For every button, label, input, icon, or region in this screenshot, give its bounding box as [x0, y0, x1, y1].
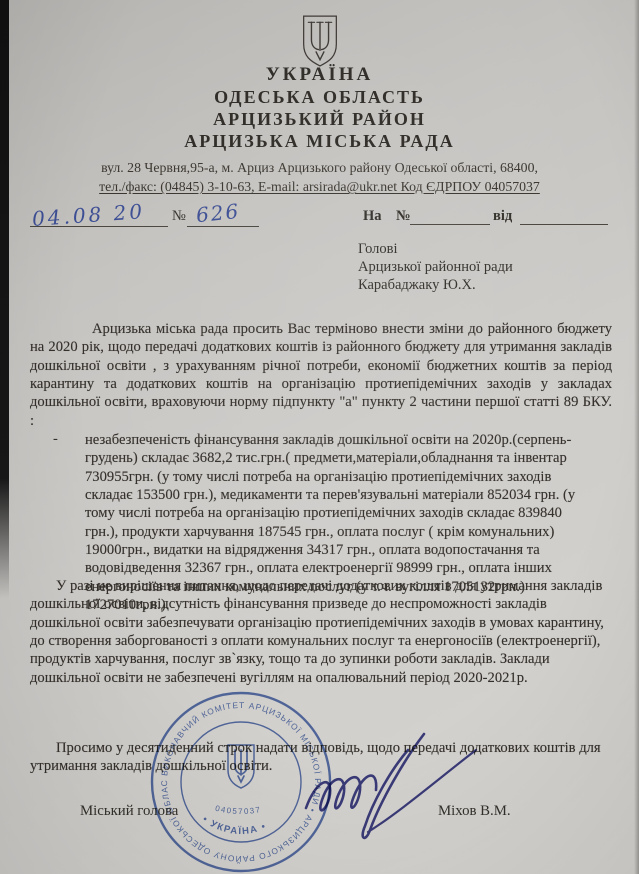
incoming-from-blank-line: [520, 224, 608, 225]
addressee-organization: Арцизької районної ради: [358, 258, 513, 276]
letterhead-region: ОДЕСЬКА ОБЛАСТЬ: [0, 87, 639, 108]
letterhead-country: УКРАЇНА: [0, 64, 639, 86]
outgoing-number-label: №: [172, 208, 186, 225]
signature-scribble: [228, 728, 484, 860]
letterhead-council: АРЦИЗЬКА МІСЬКА РАДА: [0, 131, 639, 152]
addressee-block: Голові Арцизької районної ради Карабаджа…: [358, 240, 513, 294]
incoming-number-blank-line: [410, 224, 490, 225]
body-paragraph-1: Арцизька міська рада просить Вас терміно…: [30, 320, 612, 430]
incoming-na-label: На: [363, 208, 382, 225]
coat-of-arms-icon: [295, 13, 345, 69]
letterhead-district: АРЦИЗЬКИЙ РАЙОН: [0, 109, 639, 130]
document-photo: УКРАЇНА ОДЕСЬКА ОБЛАСТЬ АРЦИЗЬКИЙ РАЙОН …: [0, 0, 639, 874]
body-paragraph-2: У разі не вирішення питання, щодо переда…: [30, 577, 608, 687]
handwritten-number: 626: [195, 199, 241, 227]
letterhead-contacts: тел./факс: (04845) 3-10-63, E-mail: arsi…: [0, 179, 639, 195]
letterhead-address: вул. 28 Червня,95-а, м. Арциз Арцизького…: [0, 160, 639, 176]
incoming-number-label: №: [396, 208, 411, 225]
addressee-position: Голові: [358, 240, 513, 258]
incoming-from-label: від: [493, 208, 512, 225]
addressee-name: Карабаджаку Ю.Х.: [358, 276, 513, 294]
list-dash: -: [53, 431, 58, 448]
